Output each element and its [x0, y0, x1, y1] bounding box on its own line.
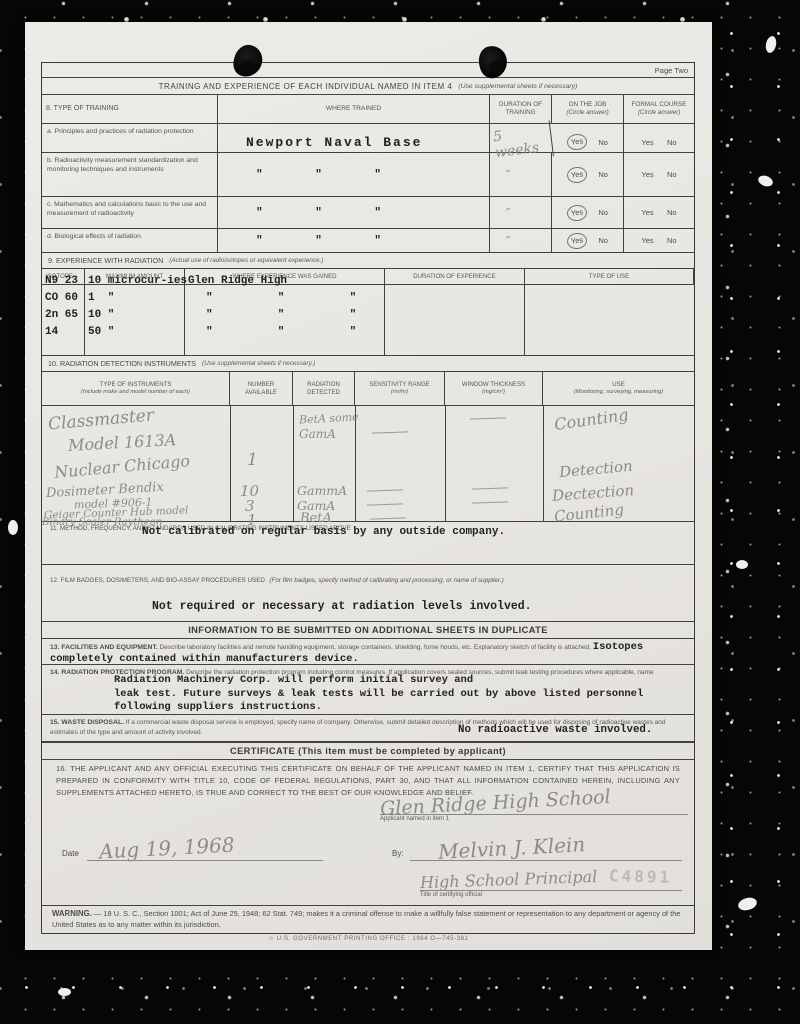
form-title: TRAINING AND EXPERIENCE OF EACH INDIVIDU… [159, 82, 453, 91]
noise-blob [757, 174, 775, 189]
isotope-entry: N9 23 [45, 273, 81, 290]
training-row-b: b. Radioactivity measurement standardiza… [42, 153, 694, 197]
training-row-label: c. Mathematics and calculations basic to… [42, 197, 218, 228]
instruments-table: TYPE OF INSTRUMENTS (Include make and mo… [42, 371, 694, 522]
no-option: No [667, 236, 677, 245]
experience-heading-note: (Actual use of radioisotopes or equivale… [169, 257, 323, 264]
film-badges-typed-answer: Not required or necessary at radiation l… [152, 600, 686, 613]
waste-typed-answer: No radioactive waste involved. [458, 725, 652, 735]
experience-table: ISOTOPE MAXIMUM AMOUNT WHERE EXPERIENCE … [42, 268, 694, 356]
page-number: Page Two [42, 63, 694, 78]
amount-entry: 1 " [88, 290, 181, 307]
form-border: Page Two TRAINING AND EXPERIENCE OF EACH… [41, 62, 695, 934]
col-sensitivity-range: SENSITIVITY RANGE (mr/hr) [355, 372, 445, 406]
facilities-section: 13. FACILITIES AND EQUIPMENT. Describe l… [42, 639, 694, 665]
window-thickness-dash [472, 487, 508, 489]
no-option: No [667, 170, 677, 179]
experience-heading: 9. EXPERIENCE WITH RADIATION [48, 256, 163, 265]
duration-of-experience-empty [385, 285, 525, 355]
col-radiation-detected: RADIATION DETECTED [293, 372, 355, 406]
no-option: No [598, 138, 608, 147]
column-divider [230, 406, 231, 521]
isotope-entry: 2n 65 [45, 307, 81, 324]
use-entry: Detection [558, 457, 633, 481]
radiation-detected: GamA [299, 427, 336, 441]
warning-text: — 18 U. S. C., Section 1001; Act of June… [52, 909, 680, 929]
col-on-the-job: ON THE JOB (Circle answer) [552, 95, 624, 123]
yes-option: Yes [641, 138, 653, 147]
sensitivity-dash [367, 489, 403, 491]
formal-course-answer: Yes No [624, 153, 694, 196]
duration-ditto: ″ [490, 197, 552, 228]
calibration-typed-answer: Not calibrated on regular basis by any o… [142, 526, 686, 538]
type-of-use-empty [525, 285, 694, 355]
isotope-entry: CO 60 [45, 290, 81, 307]
instruments-heading-note: (Use supplemental sheets if necessary.) [202, 360, 315, 367]
amount-entry: 50 " [88, 324, 181, 341]
facilities-heading: 13. FACILITIES AND EQUIPMENT. [50, 644, 158, 651]
isotope-values: N9 23 CO 60 2n 65 14 [42, 285, 85, 355]
no-option: No [598, 236, 608, 245]
use-entry: Counting [553, 405, 629, 434]
form-title-row: TRAINING AND EXPERIENCE OF EACH INDIVIDU… [42, 78, 694, 95]
on-the-job-answer: Yes No [552, 153, 624, 196]
instruments-entries: Classmaster Model 1613A Nuclear Chicago … [42, 406, 694, 521]
col-duration-of-experience: DURATION OF EXPERIENCE [385, 269, 525, 285]
no-option: No [667, 208, 677, 217]
training-heading-cell: 8. TYPE OF TRAINING [42, 95, 218, 123]
applicant-signature-line: Glen Ridge High School [380, 792, 688, 815]
training-row-c: c. Mathematics and calculations basic to… [42, 197, 694, 229]
where-ditto: " " " [188, 290, 381, 307]
radiation-detected: BetA some [299, 410, 359, 426]
noise-blob [8, 520, 18, 535]
window-thickness-dash [470, 417, 506, 419]
date-handwritten: Aug 19, 1968 [98, 832, 235, 863]
form-page: Page Two TRAINING AND EXPERIENCE OF EACH… [25, 22, 712, 950]
instruments-heading: 10. RADIATION DETECTION INSTRUMENTS [48, 359, 196, 368]
col-type-of-use: TYPE OF USE [525, 269, 694, 285]
no-option: No [598, 208, 608, 217]
where-trained-ditto: " " " [218, 229, 490, 252]
training-row-label: b. Radioactivity measurement standardiza… [42, 153, 218, 196]
maximum-amount-values: 10 microcur-ies 1 " 10 " 50 " [85, 285, 185, 355]
instrument-name: Classmaster [47, 405, 154, 434]
calibration-section: 11. METHOD, FREQUENCY, AND STANDARDS USE… [42, 522, 694, 565]
warning-section: WARNING. — 18 U. S. C., Section 1001; Ac… [42, 906, 694, 933]
applicant-name-block: Glen Ridge High School Applicant named i… [380, 792, 688, 822]
number-available: 1 [247, 450, 258, 470]
signature-handwritten: Melvin J. Klein [437, 832, 585, 864]
protection-typed-answer: Radiation Machinery Corp. will perform i… [114, 674, 643, 715]
isotope-entry: 14 [45, 324, 81, 341]
sensitivity-dash [370, 517, 406, 519]
document-stamp: C4891 [609, 866, 673, 887]
col-formal-course: FORMAL COURSE (Circle answer) [624, 95, 694, 123]
noise-blob [58, 988, 71, 996]
form-title-note: (Use supplemental sheets if necessary) [458, 83, 577, 90]
sensitivity-dash [367, 503, 403, 505]
title-handwritten: High School Principal [420, 867, 598, 892]
info-banner: INFORMATION TO BE SUBMITTED ON ADDITIONA… [42, 622, 694, 639]
scanned-document-scene: Page Two TRAINING AND EXPERIENCE OF EACH… [0, 0, 800, 1024]
duration-ditto: ″ [490, 153, 552, 196]
yes-circled: Yes [566, 231, 588, 249]
noise-blob [736, 560, 748, 569]
experience-heading-row: 9. EXPERIENCE WITH RADIATION (Actual use… [42, 253, 694, 268]
formal-course-answer: Yes No [624, 229, 694, 252]
yes-option: Yes [641, 170, 653, 179]
on-the-job-answer: Yes No [552, 229, 624, 252]
applicant-handwritten: Glen Ridge High School [380, 786, 612, 820]
protection-program-section: 14. RADIATION PROTECTION PROGRAM. Descri… [42, 665, 694, 715]
film-badges-section: 12. FILM BADGES, DOSIMETERS, AND BIO-ASS… [42, 565, 694, 622]
training-heading: 8. TYPE OF TRAINING [46, 105, 119, 112]
no-option: No [667, 138, 677, 147]
certificate-section: 16. THE APPLICANT AND ANY OFFICIAL EXECU… [42, 760, 694, 906]
yes-option: Yes [641, 236, 653, 245]
where-trained-ditto: " " " [218, 153, 490, 196]
training-table-header: 8. TYPE OF TRAINING WHERE TRAINED DURATI… [42, 95, 694, 124]
col-type-of-instruments: TYPE OF INSTRUMENTS (Include make and mo… [42, 372, 230, 406]
film-badges-heading-note: (For film badges, specify method of cali… [269, 577, 503, 584]
protection-typed-line: following suppliers instructions. [114, 701, 643, 715]
film-badges-heading: 12. FILM BADGES, DOSIMETERS, AND BIO-ASS… [50, 577, 265, 584]
on-the-job-answer: Yes No [552, 197, 624, 228]
where-trained-ditto: " " " [218, 197, 490, 228]
col-duration-of-training: DURATION OF TRAINING [490, 95, 552, 123]
date-line: Aug 19, 1968 [87, 836, 323, 861]
instrument-model: Model 1613A [68, 430, 177, 455]
column-divider [293, 406, 294, 521]
instrument-name: Nuclear Chicago [53, 451, 190, 482]
waste-disposal-section: 15. WASTE DISPOSAL. If a commercial wast… [42, 715, 694, 743]
col-use: USE (Monitoring, surveying, measuring) [543, 372, 694, 406]
amount-entry: 10 " [88, 307, 181, 324]
training-row-a: a. Principles and practices of radiation… [42, 124, 694, 153]
protection-typed-line: leak test. Future surveys & leak tests w… [114, 688, 643, 702]
window-thickness-dash [472, 501, 508, 503]
signature-block: By: Melvin J. Klein [392, 836, 682, 861]
noise-blob [737, 896, 758, 913]
no-option: No [598, 170, 608, 179]
waste-heading: 15. WASTE DISPOSAL. [50, 719, 124, 726]
protection-typed-line: Radiation Machinery Corp. will perform i… [114, 674, 643, 688]
column-divider [543, 406, 544, 521]
yes-circled: Yes [566, 165, 588, 183]
noise-blob [764, 35, 777, 54]
title-line-label: Title of certifying official [420, 892, 682, 898]
col-where-trained: WHERE TRAINED [218, 95, 490, 123]
warning-label: WARNING. [52, 909, 92, 918]
yes-circled: Yes [566, 133, 588, 151]
by-label: By: [392, 849, 404, 861]
duration-ditto: ″ [490, 229, 552, 252]
col-number-available: NUMBER AVAILABLE [230, 372, 293, 406]
formal-course-answer: Yes No [624, 197, 694, 228]
training-row-label: d. Biological effects of radiation [42, 229, 218, 252]
radiation-detected: GammA [297, 483, 347, 498]
yes-circled: Yes [566, 203, 588, 221]
where-gained-values: Glen Ridge High " " " " " " " " " [185, 285, 385, 355]
where-ditto: " " " [188, 324, 381, 341]
where-entry: Glen Ridge High [188, 273, 381, 290]
gpo-footer: ☆ U.S. GOVERNMENT PRINTING OFFICE : 1964… [25, 935, 712, 942]
sensitivity-dash [372, 431, 408, 433]
facilities-desc: Describe laboratory facilities and remot… [160, 644, 591, 651]
training-row-d: d. Biological effects of radiation " " "… [42, 229, 694, 253]
where-ditto: " " " [188, 307, 381, 324]
column-divider [445, 406, 446, 521]
signature-line: Melvin J. Klein [410, 836, 682, 861]
amount-entry: 10 microcur-ies [88, 273, 181, 290]
certificate-banner: CERTIFICATE (This item must be completed… [42, 743, 694, 760]
page-number-label: Page Two [655, 66, 688, 75]
yes-option: Yes [641, 208, 653, 217]
instruments-heading-row: 10. RADIATION DETECTION INSTRUMENTS (Use… [42, 356, 694, 371]
col-window-thickness: WINDOW THICKNESS (mg/cm²) [445, 372, 543, 406]
date-label: Date [62, 849, 79, 861]
date-block: Date Aug 19, 1968 [62, 836, 323, 861]
